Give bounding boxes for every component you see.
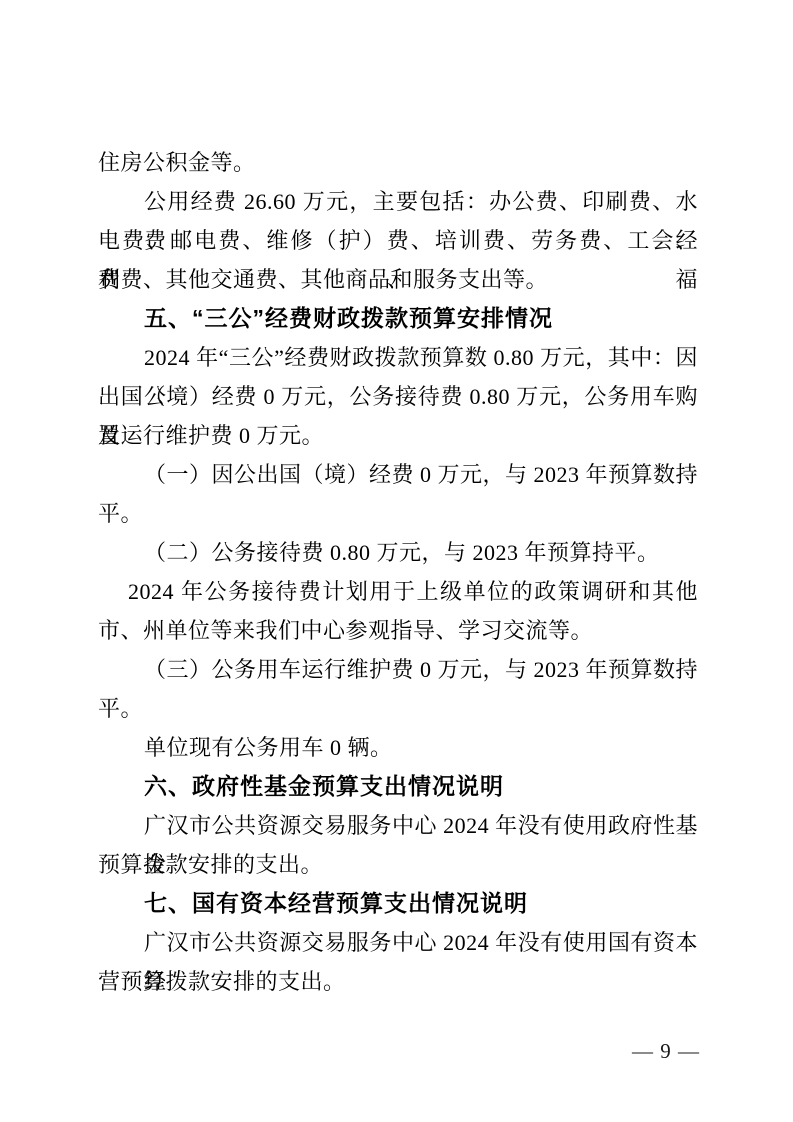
- body-line: 平。: [98, 689, 698, 728]
- section-heading-five: 五、“三公”经费财政拨款预算安排情况: [98, 299, 698, 338]
- body-line: 公用经费 26.60 万元，主要包括：办公费、印刷费、水费、: [98, 182, 698, 221]
- body-line: 市、州单位等来我们中心参观指导、学习交流等。: [98, 611, 698, 650]
- body-line: 平。: [98, 494, 698, 533]
- page-number: — 9 —: [632, 1036, 700, 1066]
- section-heading-seven: 七、国有资本经营预算支出情况说明: [98, 884, 698, 923]
- document-text-block: 住房公积金等。 公用经费 26.60 万元，主要包括：办公费、印刷费、水费、 电…: [98, 143, 698, 1001]
- document-page: 住房公积金等。 公用经费 26.60 万元，主要包括：办公费、印刷费、水费、 电…: [0, 0, 793, 1122]
- body-line: 及运行维护费 0 万元。: [98, 416, 698, 455]
- body-line: 2024 年公务接待费计划用于上级单位的政策调研和其他: [98, 572, 698, 611]
- body-line: 预算拨款安排的支出。: [98, 845, 698, 884]
- body-line: 广汉市公共资源交易服务中心 2024 年没有使用国有资本经: [98, 923, 698, 962]
- body-line: 出国（境）经费 0 万元，公务接待费 0.80 万元，公务用车购置: [98, 377, 698, 416]
- body-line: 广汉市公共资源交易服务中心 2024 年没有使用政府性基金: [98, 806, 698, 845]
- body-line: （一）因公出国（境）经费 0 万元，与 2023 年预算数持: [98, 455, 698, 494]
- section-heading-six: 六、政府性基金预算支出情况说明: [98, 767, 698, 806]
- body-line: （二）公务接待费 0.80 万元，与 2023 年预算持平。: [98, 533, 698, 572]
- body-line: （三）公务用车运行维护费 0 万元，与 2023 年预算数持: [98, 650, 698, 689]
- body-line: 住房公积金等。: [98, 143, 698, 182]
- body-line: 2024 年“三公”经费财政拨款预算数 0.80 万元，其中：因公: [98, 338, 698, 377]
- body-line: 单位现有公务用车 0 辆。: [98, 728, 698, 767]
- body-line: 营预算拨款安排的支出。: [98, 962, 698, 1001]
- body-line: 电费、邮电费、维修（护）费、培训费、劳务费、工会经费、福: [98, 221, 698, 260]
